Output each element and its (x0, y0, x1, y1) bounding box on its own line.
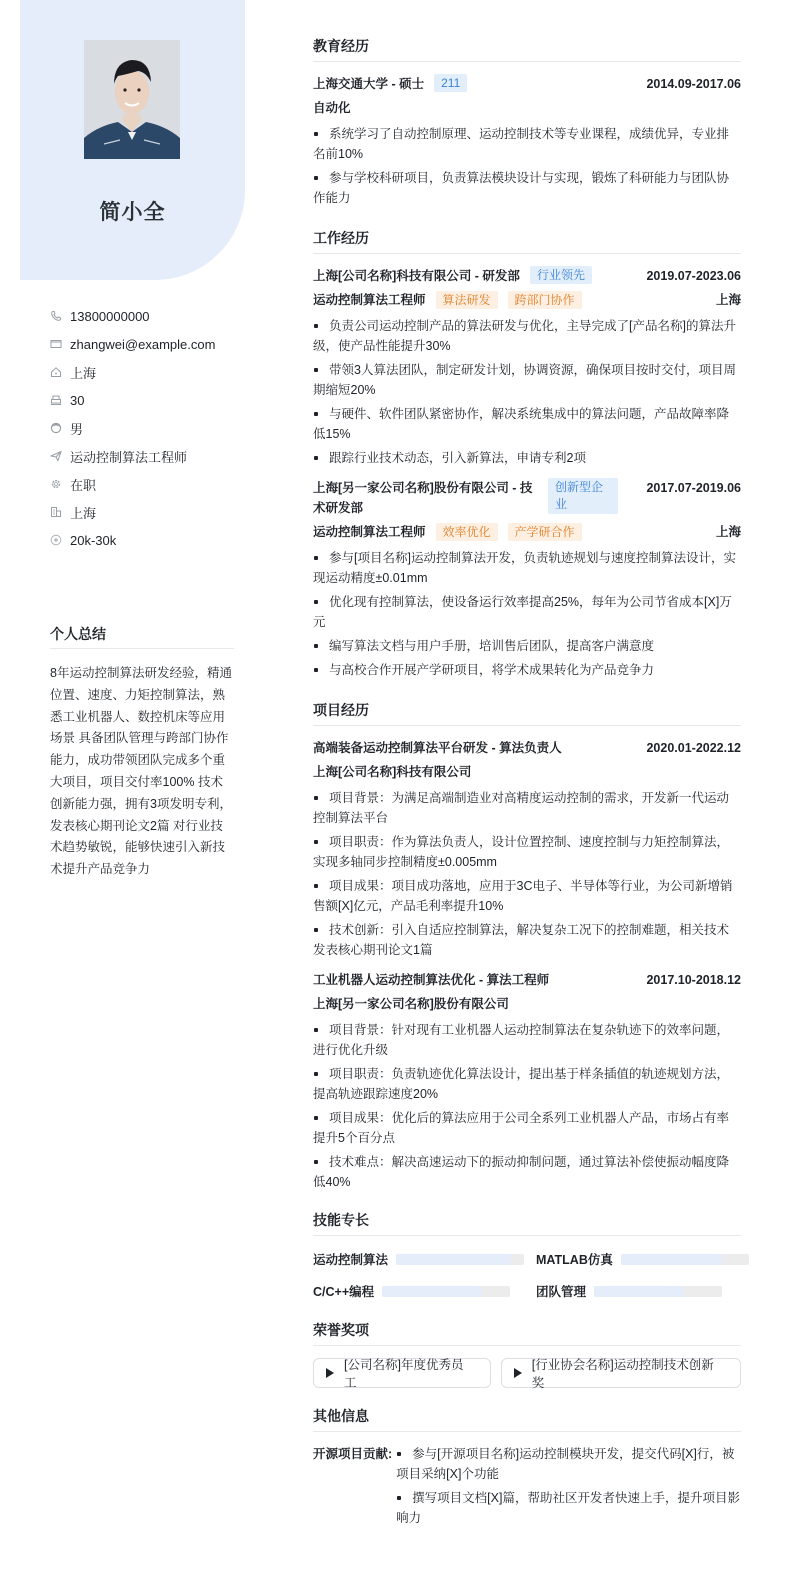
skills-title: 技能专长 (313, 1210, 741, 1236)
contact-work-city-value: 上海 (70, 503, 96, 522)
phone-icon (50, 310, 62, 322)
project-company-name: 上海[另一家公司名称]股份有限公司 (313, 994, 509, 1014)
work-header: 上海[公司名称]科技有限公司 - 研发部 行业领先 2019.07-2023.0… (313, 266, 741, 286)
honor-item: [公司名称]年度优秀员工 (313, 1358, 491, 1388)
main-content: 教育经历 上海交通大学 - 硕士 211 2014.09-2017.06 自动化… (313, 36, 741, 1550)
list-item: 参与[开源项目名称]运动控制模块开发，提交代码[X]行，被项目采纳[X]个功能 (396, 1444, 741, 1484)
play-triangle-icon (326, 1368, 334, 1378)
other-bullets: 参与[开源项目名称]运动控制模块开发，提交代码[X]行，被项目采纳[X]个功能 … (396, 1444, 741, 1532)
work-date: 2017.07-2019.06 (646, 478, 741, 498)
skill-item: MATLAB仿真 (536, 1248, 749, 1270)
project-date: 2017.10-2018.12 (646, 970, 741, 990)
building-icon (50, 506, 62, 518)
list-item: 负责公司运动控制产品的算法研发与优化，主导完成了[产品名称]的算法升级，使产品性… (313, 316, 741, 356)
company-name: 上海[另一家公司名称]股份有限公司 - 技术研发部 (313, 478, 538, 518)
education-bullets: 系统学习了自动控制原理、运动控制技术等专业课程，成绩优异，专业排名前10% 参与… (313, 124, 741, 208)
list-item: 系统学习了自动控制原理、运动控制技术等专业课程，成绩优异，专业排名前10% (313, 124, 741, 164)
contact-phone: 13800000000 (50, 302, 240, 330)
list-item: 项目成果：优化后的算法应用于公司全系列工业机器人产品，市场占有率提升5个百分点 (313, 1108, 741, 1148)
contact-list: 13800000000 zhangwei@example.com 上海 30 (50, 302, 240, 554)
position-title: 运动控制算法工程师 (313, 522, 426, 542)
school-tag: 211 (434, 74, 467, 92)
project-date: 2020.01-2022.12 (646, 738, 741, 758)
project-header: 高端装备运动控制算法平台研发 - 算法负责人 2020.01-2022.12 (313, 738, 741, 758)
resume-page: 简小全 13800000000 zhangwei@example.com 上海 (0, 0, 794, 1574)
work-entry: 上海[另一家公司名称]股份有限公司 - 技术研发部 创新型企业 2017.07-… (313, 478, 741, 680)
contact-work-city: 上海 (50, 498, 240, 526)
project-company: 上海[另一家公司名称]股份有限公司 (313, 994, 741, 1014)
project-entry: 高端装备运动控制算法平台研发 - 算法负责人 2020.01-2022.12 上… (313, 738, 741, 960)
list-item: 优化现有控制算法，使设备运行效率提高25%，每年为公司节省成本[X]万元 (313, 592, 741, 632)
skill-bar (396, 1254, 524, 1265)
skills-section: 技能专长 运动控制算法 MATLAB仿真 C/C++编程 团队管理 (313, 1210, 741, 1302)
list-item: 项目职责：作为算法负责人，设计位置控制、速度控制与力矩控制算法，实现多轴同步控制… (313, 832, 741, 872)
avatar (84, 40, 180, 159)
salary-icon (50, 534, 62, 546)
honor-label: [公司名称]年度优秀员工 (344, 1355, 476, 1391)
company-tag: 创新型企业 (548, 478, 618, 514)
work-bullets: 参与[项目名称]运动控制算法开发，负责轨迹规划与速度控制算法设计，实现运动精度±… (313, 548, 741, 680)
contact-email-value: zhangwei@example.com (70, 337, 215, 352)
skill-item: C/C++编程 (313, 1280, 524, 1302)
list-item: 参与[项目名称]运动控制算法开发，负责轨迹规划与速度控制算法设计，实现运动精度±… (313, 548, 741, 588)
skill-bar (594, 1286, 722, 1297)
skill-item: 团队管理 (536, 1280, 749, 1302)
candidate-name: 简小全 (20, 196, 245, 226)
work-header: 上海[另一家公司名称]股份有限公司 - 技术研发部 创新型企业 2017.07-… (313, 478, 741, 518)
list-item: 撰写项目文档[X]篇，帮助社区开发者快速上手，提升项目影响力 (396, 1488, 741, 1528)
skill-bar-fill (594, 1286, 684, 1297)
projects-title: 项目经历 (313, 700, 741, 726)
project-bullets: 项目背景：针对现有工业机器人运动控制算法在复杂轨迹下的效率问题，进行优化升级 项… (313, 1020, 741, 1192)
age-icon (50, 394, 62, 406)
honors-section: 荣誉奖项 [公司名称]年度优秀员工 [行业协会名称]运动控制技术创新奖 (313, 1320, 741, 1388)
work-city: 上海 (716, 290, 741, 310)
list-item: 带领3人算法团队，制定研发计划，协调资源，确保项目按时交付，项目周期缩短20% (313, 360, 741, 400)
honor-item: [行业协会名称]运动控制技术创新奖 (501, 1358, 741, 1388)
position-tag: 算法研发 (436, 291, 498, 309)
contact-phone-value: 13800000000 (70, 309, 150, 324)
sidebar: 简小全 13800000000 zhangwei@example.com 上海 (20, 0, 245, 280)
honors-title: 荣誉奖项 (313, 1320, 741, 1346)
position-tag: 效率优化 (436, 523, 498, 541)
gender-icon (50, 422, 62, 434)
summary-title: 个人总结 (50, 624, 234, 649)
play-triangle-icon (514, 1368, 522, 1378)
contact-salary-value: 20k-30k (70, 533, 116, 548)
skill-bar-fill (396, 1254, 511, 1265)
skill-name: 团队管理 (536, 1282, 586, 1300)
contact-salary: 20k-30k (50, 526, 240, 554)
project-bullets: 项目背景：为满足高端制造业对高精度运动控制的需求，开发新一代运动控制算法平台 项… (313, 788, 741, 960)
work-section: 工作经历 上海[公司名称]科技有限公司 - 研发部 行业领先 2019.07-2… (313, 228, 741, 680)
list-item: 项目职责：负责轨迹优化算法设计，提出基于样条插值的轨迹规划方法，提高轨迹跟踪速度… (313, 1064, 741, 1104)
contact-age-value: 30 (70, 393, 84, 408)
contact-email: zhangwei@example.com (50, 330, 240, 358)
education-title: 教育经历 (313, 36, 741, 62)
list-item: 项目成果：项目成功落地，应用于3C电子、半导体等行业，为公司新增销售额[X]亿元… (313, 876, 741, 916)
education-major: 自动化 (313, 98, 741, 118)
work-position-row: 运动控制算法工程师 效率优化 产学研合作 上海 (313, 522, 741, 542)
honor-label: [行业协会名称]运动控制技术创新奖 (532, 1355, 726, 1391)
summary-section: 个人总结 8年运动控制算法研发经验，精通位置、速度、力矩控制算法，熟悉工业机器人… (50, 624, 234, 881)
contact-location-value: 上海 (70, 363, 96, 382)
skills-grid: 运动控制算法 MATLAB仿真 C/C++编程 团队管理 (313, 1248, 741, 1302)
school-name: 上海交通大学 - 硕士 (313, 74, 424, 94)
list-item: 技术创新：引入自适应控制算法，解决复杂工况下的控制难题，相关技术发表核心期刊论文… (313, 920, 741, 960)
skill-bar-fill (382, 1286, 482, 1297)
education-section: 教育经历 上海交通大学 - 硕士 211 2014.09-2017.06 自动化… (313, 36, 741, 208)
skill-item: 运动控制算法 (313, 1248, 524, 1270)
skill-bar (621, 1254, 749, 1265)
status-gear-icon (50, 478, 62, 490)
list-item: 与硬件、软件团队紧密协作，解决系统集成中的算法问题，产品故障率降低15% (313, 404, 741, 444)
company-name: 上海[公司名称]科技有限公司 - 研发部 (313, 266, 520, 286)
position-tag: 产学研合作 (508, 523, 582, 541)
skill-bar-fill (621, 1254, 723, 1265)
project-entry: 工业机器人运动控制算法优化 - 算法工程师 2017.10-2018.12 上海… (313, 970, 741, 1192)
work-entry: 上海[公司名称]科技有限公司 - 研发部 行业领先 2019.07-2023.0… (313, 266, 741, 468)
list-item: 项目背景：针对现有工业机器人运动控制算法在复杂轨迹下的效率问题，进行优化升级 (313, 1020, 741, 1060)
contact-age: 30 (50, 386, 240, 414)
list-item: 技术难点：解决高速运动下的振动抑制问题，通过算法补偿使振动幅度降低40% (313, 1152, 741, 1192)
list-item: 项目背景：为满足高端制造业对高精度运动控制的需求，开发新一代运动控制算法平台 (313, 788, 741, 828)
skill-name: 运动控制算法 (313, 1250, 388, 1268)
contact-gender-value: 男 (70, 419, 83, 438)
project-name: 高端装备运动控制算法平台研发 - 算法负责人 (313, 738, 562, 758)
mail-icon (50, 338, 62, 350)
contact-job-target: 运动控制算法工程师 (50, 442, 240, 470)
honors-list: [公司名称]年度优秀员工 [行业协会名称]运动控制技术创新奖 (313, 1358, 741, 1388)
summary-text: 8年运动控制算法研发经验，精通位置、速度、力矩控制算法，熟悉工业机器人、数控机床… (50, 663, 234, 881)
list-item: 与高校合作开展产学研项目，将学术成果转化为产品竞争力 (313, 660, 741, 680)
projects-section: 项目经历 高端装备运动控制算法平台研发 - 算法负责人 2020.01-2022… (313, 700, 741, 1192)
skill-bar (382, 1286, 510, 1297)
position-tag: 跨部门协作 (508, 291, 582, 309)
skill-name: C/C++编程 (313, 1282, 374, 1300)
avatar-photo-icon (84, 40, 180, 159)
company-tag: 行业领先 (530, 266, 592, 284)
work-title: 工作经历 (313, 228, 741, 254)
project-company-name: 上海[公司名称]科技有限公司 (313, 762, 471, 782)
send-icon (50, 450, 62, 462)
work-position-row: 运动控制算法工程师 算法研发 跨部门协作 上海 (313, 290, 741, 310)
work-city: 上海 (716, 522, 741, 542)
list-item: 参与学校科研项目，负责算法模块设计与实现，锻炼了科研能力与团队协作能力 (313, 168, 741, 208)
contact-location: 上海 (50, 358, 240, 386)
project-name: 工业机器人运动控制算法优化 - 算法工程师 (313, 970, 549, 990)
contact-job-target-value: 运动控制算法工程师 (70, 447, 187, 466)
education-entry: 上海交通大学 - 硕士 211 2014.09-2017.06 自动化 系统学习… (313, 74, 741, 208)
project-company: 上海[公司名称]科技有限公司 (313, 762, 741, 782)
home-icon (50, 366, 62, 378)
work-bullets: 负责公司运动控制产品的算法研发与优化，主导完成了[产品名称]的算法升级，使产品性… (313, 316, 741, 468)
contact-status: 在职 (50, 470, 240, 498)
profile-card: 简小全 (20, 0, 245, 280)
list-item: 跟踪行业技术动态，引入新算法，申请专利2项 (313, 448, 741, 468)
skill-name: MATLAB仿真 (536, 1250, 613, 1268)
contact-gender: 男 (50, 414, 240, 442)
education-header: 上海交通大学 - 硕士 211 2014.09-2017.06 (313, 74, 741, 94)
work-date: 2019.07-2023.06 (646, 266, 741, 286)
project-header: 工业机器人运动控制算法优化 - 算法工程师 2017.10-2018.12 (313, 970, 741, 990)
contact-status-value: 在职 (70, 475, 96, 494)
position-title: 运动控制算法工程师 (313, 290, 426, 310)
list-item: 编写算法文档与用户手册，培训售后团队，提高客户满意度 (313, 636, 741, 656)
other-label: 开源项目贡献: (313, 1444, 392, 1464)
other-section: 其他信息 开源项目贡献: 参与[开源项目名称]运动控制模块开发，提交代码[X]行… (313, 1406, 741, 1538)
education-date: 2014.09-2017.06 (646, 74, 741, 94)
other-title: 其他信息 (313, 1406, 741, 1432)
major-name: 自动化 (313, 98, 351, 118)
other-item: 开源项目贡献: 参与[开源项目名称]运动控制模块开发，提交代码[X]行，被项目采… (313, 1444, 741, 1538)
